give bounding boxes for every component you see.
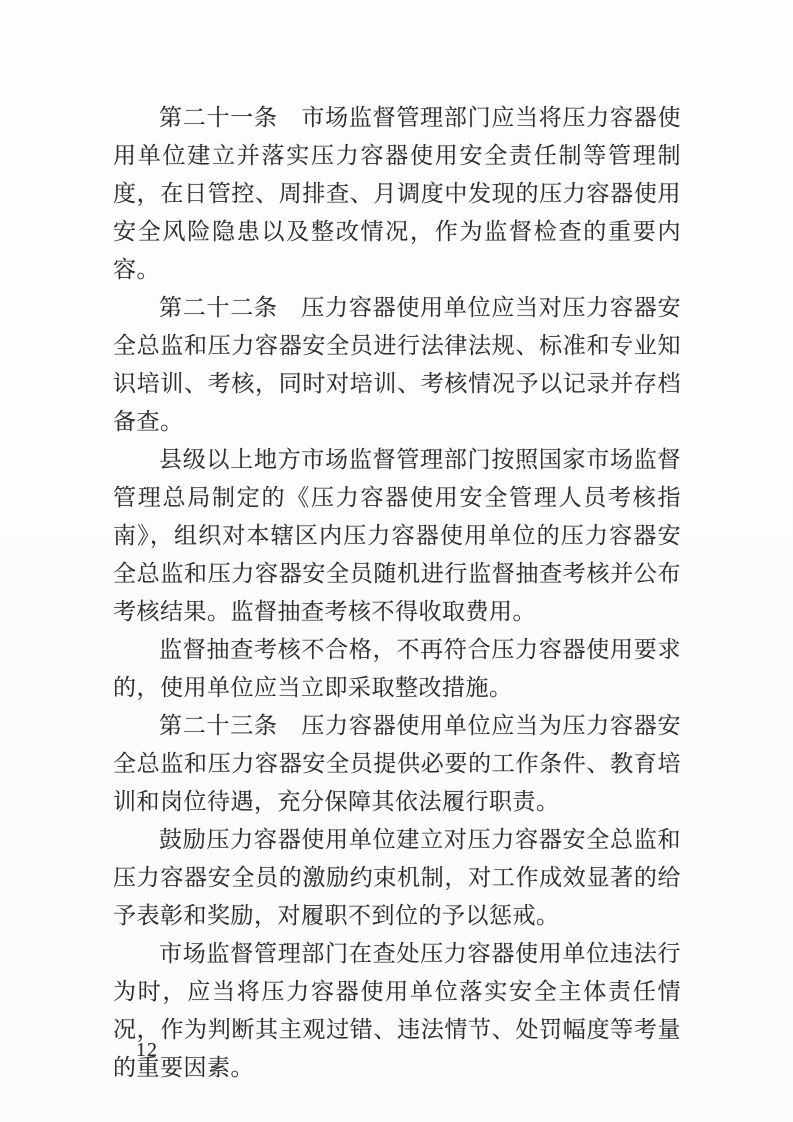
page-number: 12 [136, 1039, 158, 1062]
paragraph-article-22-sub-2: 监督抽查考核不合格，不再符合压力容器使用要求的，使用单位应当立即采取整改措施。 [113, 631, 681, 707]
document-page: 第二十一条 市场监督管理部门应当将压力容器使用单位建立并落实压力容器使用安全责任… [0, 0, 793, 1122]
paragraph-article-23-sub-2: 市场监督管理部门在查处压力容器使用单位违法行为时，应当将压力容器使用单位落实安全… [113, 935, 681, 1087]
paragraph-article-22: 第二十二条 压力容器使用单位应当对压力容器安全总监和压力容器安全员进行法律法规、… [113, 289, 681, 441]
paragraph-article-22-sub-1: 县级以上地方市场监督管理部门按照国家市场监督管理总局制定的《压力容器使用安全管理… [113, 441, 681, 631]
paragraph-article-23: 第二十三条 压力容器使用单位应当为压力容器安全总监和压力容器安全员提供必要的工作… [113, 707, 681, 821]
paragraph-article-23-sub-1: 鼓励压力容器使用单位建立对压力容器安全总监和压力容器安全员的激励约束机制，对工作… [113, 821, 681, 935]
paragraph-article-21: 第二十一条 市场监督管理部门应当将压力容器使用单位建立并落实压力容器使用安全责任… [113, 99, 681, 289]
document-text-block: 第二十一条 市场监督管理部门应当将压力容器使用单位建立并落实压力容器使用安全责任… [113, 99, 681, 1087]
